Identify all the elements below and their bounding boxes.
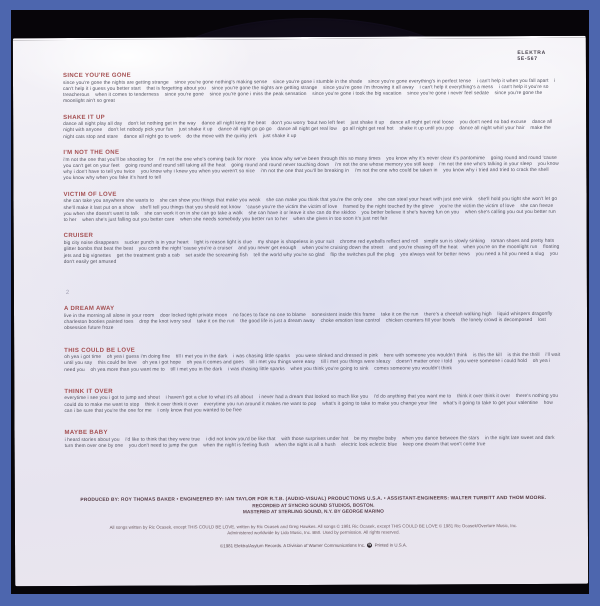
song-lyrics: live in the morning all alone in your ro… [64, 312, 561, 333]
song-lyrics: big city noise disappears sucker punch i… [64, 239, 561, 266]
side-two-marker: 2 [66, 288, 561, 296]
song-section-this-could-be-love: THIS COULD BE LOVE oh yea i got time oh … [64, 345, 561, 374]
copyright-text: ©1981 Elektra/Asylum Records. A Division… [220, 542, 365, 548]
printed-text: Printed in U.S.A. [375, 542, 407, 547]
song-lyrics: oh yea i got time oh yea i guess i'm doi… [64, 353, 561, 374]
song-lyrics: dance all night play all day don't let n… [63, 120, 560, 141]
album-sleeve-photo: { "label": { "name": "ELEKTRA", "catalog… [0, 0, 600, 606]
production-credits: PRODUCED BY: ROY THOMAS BAKER • ENGINEER… [65, 496, 562, 549]
warner-communications-logo-icon: W [367, 543, 372, 548]
credits-copyright-line: ©1981 Elektra/Asylum Records. A Division… [65, 541, 562, 549]
song-section-shake-it-up: SHAKE IT UP dance all night play all day… [63, 113, 560, 142]
record-label: ELEKTRA 5E-567 [517, 50, 546, 62]
song-section-im-not-the-one: I'M NOT THE ONE i'm not the one that you… [63, 148, 560, 183]
song-section-victim-of-love: VICTIM OF LOVE she can take you anywhere… [63, 190, 560, 225]
photo-background: ELEKTRA 5E-567 SINCE YOU'RE GONE since y… [11, 10, 589, 594]
credits-mastered-line: MASTERED AT STERLING SOUND, N.Y. BY GEOR… [65, 509, 562, 518]
song-lyrics: i'm not the one that you'll be shooting … [63, 155, 560, 182]
song-section-a-dream-away: A DREAM AWAY live in the morning all alo… [64, 304, 561, 333]
song-lyrics: since you're gone the nights are getting… [63, 78, 560, 105]
song-lyrics: i heard stories about you i'd like to th… [65, 436, 562, 451]
song-section-think-it-over: THINK IT OVER everytime i see you i got … [64, 387, 561, 416]
song-lyrics: everytime i see you i got to jump and sh… [64, 394, 561, 415]
song-lyrics: she can take you anywhere she wants to s… [64, 197, 561, 224]
lyric-sleeve: ELEKTRA 5E-567 SINCE YOU'RE GONE since y… [13, 36, 588, 586]
lyric-content: SINCE YOU'RE GONE since you're gone the … [63, 71, 562, 550]
song-section-maybe-baby: MAYBE BABY i heard stories about you i'd… [65, 428, 562, 450]
song-section-since-youre-gone: SINCE YOU'RE GONE since you're gone the … [63, 71, 560, 106]
record-label-catalog: 5E-567 [517, 56, 546, 62]
song-section-cruiser: CRUISER big city noise disappears sucker… [64, 231, 561, 266]
